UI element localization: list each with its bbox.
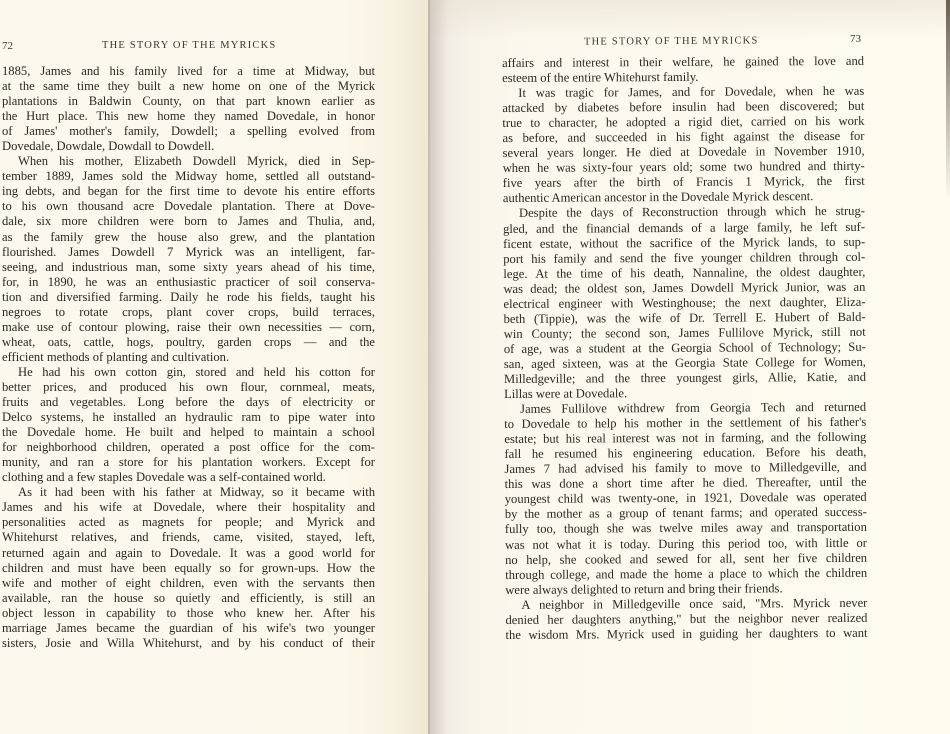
text-line: He had his own cotton gin, stored and he… xyxy=(2,365,375,380)
page-shading xyxy=(430,0,950,40)
text-line: negroes to rotate crops, plant cover cro… xyxy=(2,305,375,320)
text-line: plantations in Baldwin County, on that p… xyxy=(2,94,375,109)
text-line: dale, six more children were born to Jam… xyxy=(2,214,375,229)
text-line: sisters, Josie and Willa Whitehurst, and… xyxy=(2,636,375,651)
text-line: available, ran the house so quietly and … xyxy=(2,591,375,606)
right-page-number: 73 xyxy=(850,33,861,45)
paragraph: When his mother, Elizabeth Dowdell Myric… xyxy=(2,154,375,365)
text-line: better prices, and produced his own flou… xyxy=(2,380,375,395)
text-line: fruits and vegetables. Long before the d… xyxy=(2,395,375,410)
paragraph: As it had been with his father at Midway… xyxy=(2,485,375,651)
text-line: children and must have been equally so f… xyxy=(2,561,375,576)
left-page-number: 72 xyxy=(2,40,13,52)
text-line: returned again and again to Dovedale. It… xyxy=(2,546,375,561)
text-line: gled, and the financial demands of a lar… xyxy=(503,219,865,236)
text-line: affairs and interest in their welfare, h… xyxy=(502,54,864,71)
paragraph: A neighbor in Milledgeville once said, "… xyxy=(505,595,867,642)
text-line: Dovedale, Dowdale, Dowdall to Dowdell. xyxy=(2,139,375,154)
text-line: munity, and ran a store for his plantati… xyxy=(2,455,375,470)
text-line: Whitehurst relatives, and friends, came,… xyxy=(2,530,375,545)
text-line: clothing and a few staples Dovedale was … xyxy=(2,470,375,485)
book-spread: 72 THE STORY OF THE MYRICKS THE STORY OF… xyxy=(0,0,950,734)
text-line: ficent estate, without the sacrifice of … xyxy=(503,234,865,251)
text-line: seeing, and industrious man, some sixty … xyxy=(2,260,375,275)
paragraph: Despite the days of Reconstruction throu… xyxy=(503,204,866,402)
text-line: tember 1889, James sold the Midway home,… xyxy=(2,169,375,184)
text-line: make use of contour plowing, raise their… xyxy=(2,320,375,335)
paragraph: It was tragic for James, and for Dovedal… xyxy=(502,84,865,207)
text-line: tion and diversified farming. Daily he r… xyxy=(2,290,375,305)
paragraph: He had his own cotton gin, stored and he… xyxy=(2,365,375,485)
left-page-body: 1885, James and his family lived for a t… xyxy=(2,64,375,651)
text-line: wheat, oats, cattle, hogs, poultry, gard… xyxy=(2,335,375,350)
text-line: was not what it is today. During this pe… xyxy=(505,535,867,552)
text-line: the Hurt place. This new home they named… xyxy=(2,109,375,124)
text-line: object lesson in capability to those who… xyxy=(2,606,375,621)
text-line: Milledgeville; and the three youngest gi… xyxy=(504,370,866,387)
text-line: fully too, though she was twelve miles a… xyxy=(505,520,867,537)
text-line: as the family grew the house also grew, … xyxy=(2,230,375,245)
paragraph: affairs and interest in their welfare, h… xyxy=(502,54,864,86)
text-line: for neighborhood children, operated a po… xyxy=(2,440,375,455)
text-line: the wisdom Mrs. Myrick used in guiding h… xyxy=(505,626,867,643)
text-line: through college, and made the home a pla… xyxy=(505,565,867,582)
text-line: port his family and send the five younge… xyxy=(503,249,865,266)
text-line: at the same time they built a new home o… xyxy=(2,79,375,94)
text-line: no help, she cooked and sewed for all, s… xyxy=(505,550,867,567)
text-line: James and his wife at Dovedale, where th… xyxy=(2,500,375,515)
text-line: Delco systems, he installed an hydraulic… xyxy=(2,410,375,425)
text-line: the Dovedale home. He built and helped t… xyxy=(2,425,375,440)
left-running-head: THE STORY OF THE MYRICKS xyxy=(102,40,276,51)
text-line: personalities acted as magnets for peopl… xyxy=(2,515,375,530)
text-line: As it had been with his father at Midway… xyxy=(2,485,375,500)
text-line: Despite the days of Reconstruction throu… xyxy=(503,204,865,221)
text-line: wife and mother of eight children, even … xyxy=(2,576,375,591)
text-line: for, in 1890, he was an enthusiastic pra… xyxy=(2,275,375,290)
text-line: to his own thousand acre Dovedale planta… xyxy=(2,199,375,214)
text-line: marriage James became the guardian of hi… xyxy=(2,621,375,636)
gutter-shadow xyxy=(430,0,448,734)
page-edge xyxy=(946,0,950,200)
text-line: When his mother, Elizabeth Dowdell Myric… xyxy=(2,154,375,169)
text-line: efficient methods of planting and cultiv… xyxy=(2,350,375,365)
text-line: of James' mother's family, Dowdell; a sp… xyxy=(2,124,375,139)
text-line: flourished. James Dowdell 7 Myrick was a… xyxy=(2,245,375,260)
text-line: ing debts, and began for the first time … xyxy=(2,184,375,199)
right-page-body: affairs and interest in their welfare, h… xyxy=(502,54,868,643)
paragraph: James Fullilove withdrew from Georgia Te… xyxy=(504,400,867,598)
right-running-head: THE STORY OF THE MYRICKS xyxy=(584,35,759,47)
text-line: 1885, James and his family lived for a t… xyxy=(2,64,375,79)
paragraph: 1885, James and his family lived for a t… xyxy=(2,64,375,154)
